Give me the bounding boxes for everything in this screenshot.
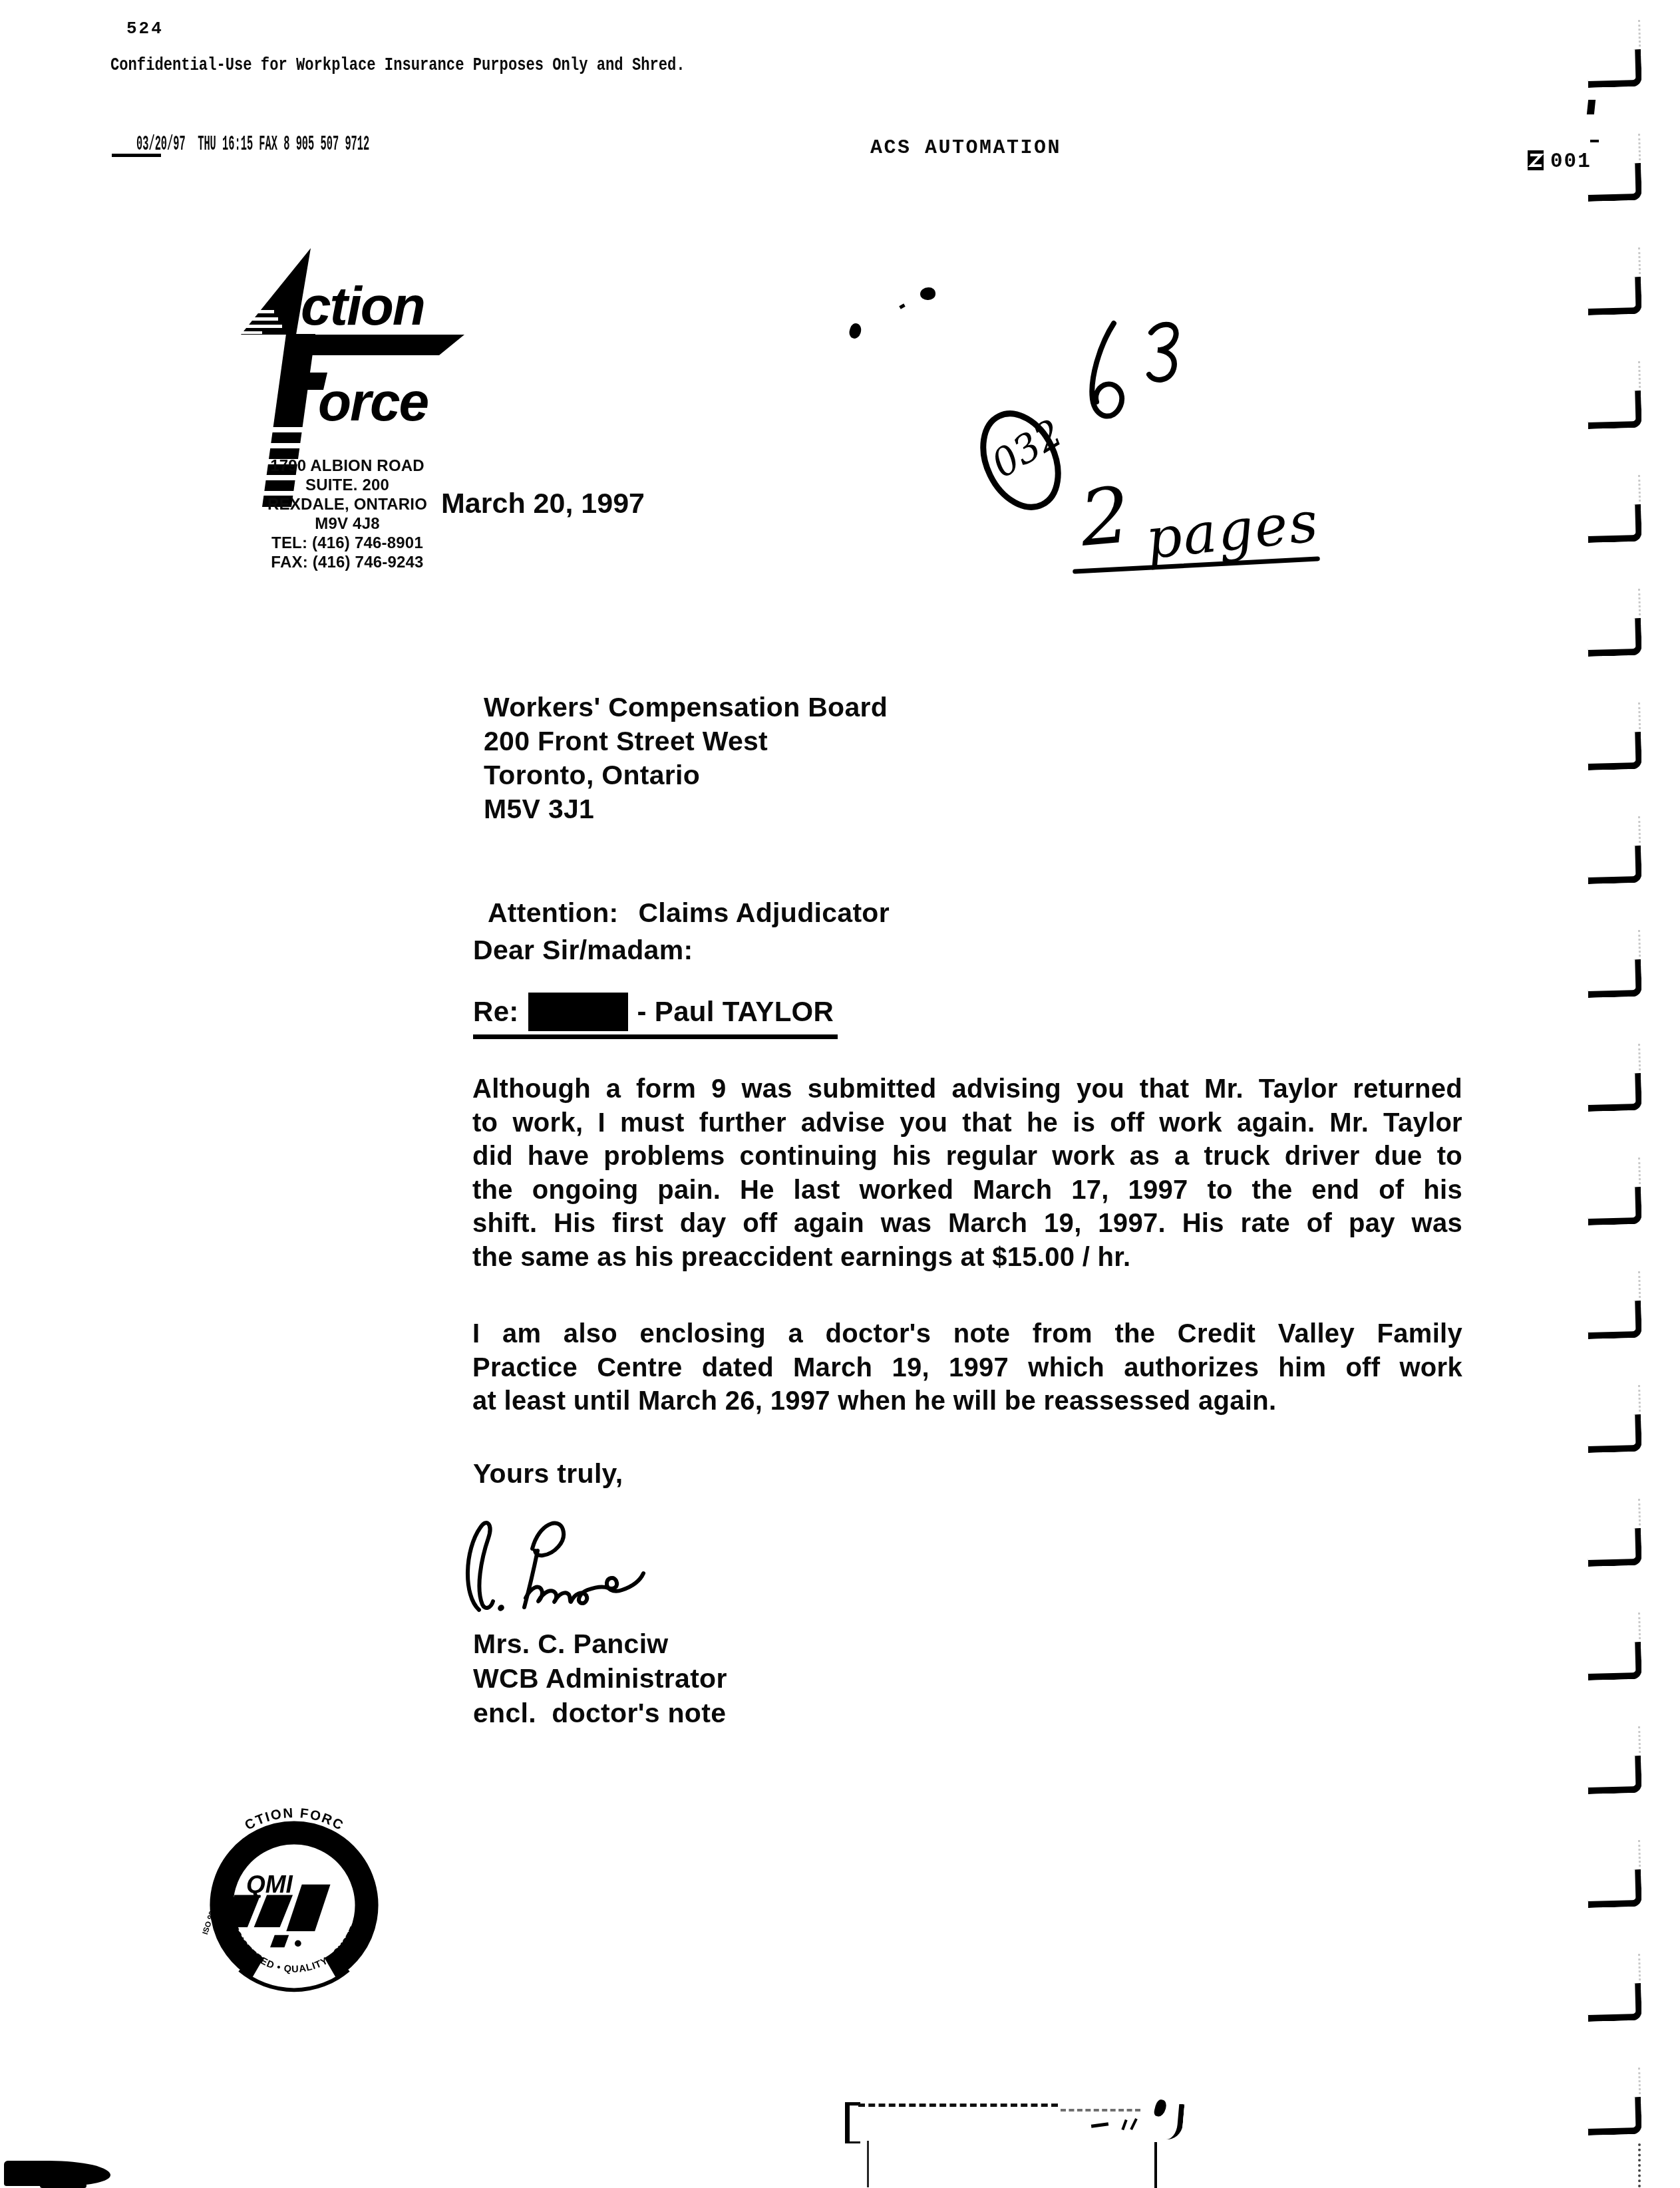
binder-hook-mark: [1587, 959, 1641, 998]
fax-sender: ACS AUTOMATION: [870, 137, 1061, 160]
logo-f-bar: [291, 335, 464, 355]
body-line: did have problems continuing his regular…: [472, 1140, 1462, 1173]
bottom-artifact-mark: [1121, 2119, 1127, 2130]
address-line: REXDALE, ONTARIO: [261, 495, 434, 514]
seal-center-text: QMI: [246, 1871, 293, 1898]
binder-hook-mark: [1587, 846, 1641, 884]
signature: [451, 1509, 657, 1625]
enclosure-note: encl. doctor's note: [473, 1698, 726, 1729]
body-line: Practice Centre dated March 19, 1997 whi…: [472, 1351, 1462, 1385]
fax-page-icon: [1526, 149, 1545, 172]
ink-speck: [899, 303, 905, 309]
confidential-notice: Confidential-Use for Workplace Insurance…: [110, 56, 685, 76]
address-line: M9V 4J8: [261, 514, 434, 534]
page-smudge: [40, 2183, 86, 2188]
bottom-artifact-dashes: [1061, 2109, 1140, 2111]
bottom-artifact-mark: [1130, 2118, 1137, 2130]
ink-speck: [1587, 100, 1596, 114]
salutation: Dear Sir/madam:: [473, 935, 693, 966]
recipient-line: 200 Front Street West: [484, 724, 888, 758]
binder-hook-mark: [1587, 277, 1641, 315]
fax-letter-page: { "header": { "doc_number": "524", "conf…: [0, 0, 1680, 2188]
page-smudge: [4, 2161, 110, 2186]
binder-hook-mark: [1587, 732, 1641, 770]
logo-triangle: [236, 248, 311, 335]
fax-page-number: 001: [1550, 150, 1592, 174]
letter-date: March 20, 1997: [441, 488, 645, 520]
handwritten-page-count-number: 2: [1077, 470, 1133, 564]
ink-speck: [920, 287, 935, 300]
body-line: the ongoing pain. He last worked March 1…: [472, 1173, 1462, 1207]
binder-hook-mark: [1587, 1528, 1641, 1567]
binder-hook-mark: [1587, 1301, 1641, 1339]
signature-name: Mrs. C. Panciw: [473, 1629, 669, 1660]
binder-hook-mark: [1587, 1869, 1641, 1908]
fax-header-line: 03/20/97 THU 16:15 FAX 8 905 507 9712: [136, 132, 369, 156]
bottom-artifact-curve: [1164, 2103, 1185, 2141]
address-line: 1790 ALBION ROAD: [261, 456, 434, 476]
recipient-line: Workers' Compensation Board: [484, 691, 888, 724]
binder-hook-mark: [1587, 1756, 1641, 1794]
signature-title: WCB Administrator: [473, 1663, 727, 1694]
binder-hook-mark: [1587, 1414, 1641, 1453]
letterhead-address: 1790 ALBION ROAD SUITE. 200 REXDALE, ONT…: [261, 456, 434, 572]
recipient-line: M5V 3J1: [484, 792, 888, 826]
body-line: shift. His first day off again was March…: [472, 1207, 1462, 1241]
body-line: to work, I must further advise you that …: [472, 1106, 1462, 1140]
logo-text-orce: orce: [318, 372, 428, 432]
logo-text-ction: ction: [301, 276, 424, 337]
recipient-line: Toronto, Ontario: [484, 758, 888, 792]
re-label: Re:: [473, 996, 519, 1028]
binder-hook-mark: [1587, 1983, 1641, 2022]
address-line: TEL: (416) 746-8901: [261, 534, 434, 553]
header-doc-number: 524: [126, 19, 164, 39]
bottom-artifact-bracket: [845, 2102, 860, 2143]
binder-hook-mark: [1587, 2097, 1641, 2135]
binder-hook-mark: [1587, 163, 1641, 202]
redaction-box: [528, 993, 628, 1031]
bottom-dotted-line: [1638, 2143, 1641, 2187]
address-line: FAX: (416) 746-9243: [261, 553, 434, 572]
handwritten-number-63: [1073, 318, 1212, 434]
body-paragraph-2: I am also enclosing a doctor's note from…: [472, 1317, 1462, 1418]
recipient-address: Workers' Compensation Board 200 Front St…: [484, 691, 888, 826]
body-line: Although a form 9 was submitted advising…: [472, 1072, 1462, 1106]
body-paragraph-1: Although a form 9 was submitted advising…: [472, 1072, 1462, 1274]
closing: Yours truly,: [473, 1458, 623, 1489]
bottom-artifact-comma: [1153, 2098, 1168, 2117]
binder-hook-mark: [1587, 1073, 1641, 1112]
binder-hook-mark: [1587, 1642, 1641, 1680]
body-line: I am also enclosing a doctor's note from…: [472, 1317, 1462, 1351]
bottom-artifact-mark: [1091, 2122, 1108, 2128]
binder-hook-mark: [1587, 49, 1641, 88]
binder-hook-mark: [1587, 391, 1641, 429]
body-line: the same as his preaccident earnings at …: [472, 1241, 1462, 1275]
attention-line: Attention:Claims Adjudicator: [473, 866, 890, 929]
bottom-artifact-line: [867, 2141, 869, 2187]
quality-seal: ACTION FORCE REGISTERED • QUALITY • SYST…: [197, 1808, 391, 2002]
binder-hook-mark: [1587, 504, 1641, 543]
binder-hook-mark: [1587, 1187, 1641, 1225]
re-line: Re: - Paul TAYLOR: [473, 993, 838, 1039]
re-subject: - Paul TAYLOR: [637, 996, 834, 1028]
attention-label: Attention:: [488, 897, 619, 928]
bottom-artifact-dashes: [858, 2104, 1058, 2107]
attention-value: Claims Adjudicator: [638, 897, 890, 928]
ink-speck: [848, 322, 863, 340]
address-line: SUITE. 200: [261, 476, 434, 495]
bottom-artifact-line: [1154, 2142, 1157, 2188]
binder-hook-mark: [1587, 618, 1641, 657]
ink-speck: [1590, 140, 1599, 142]
body-line: at least until March 26, 1997 when he wi…: [472, 1384, 1462, 1418]
